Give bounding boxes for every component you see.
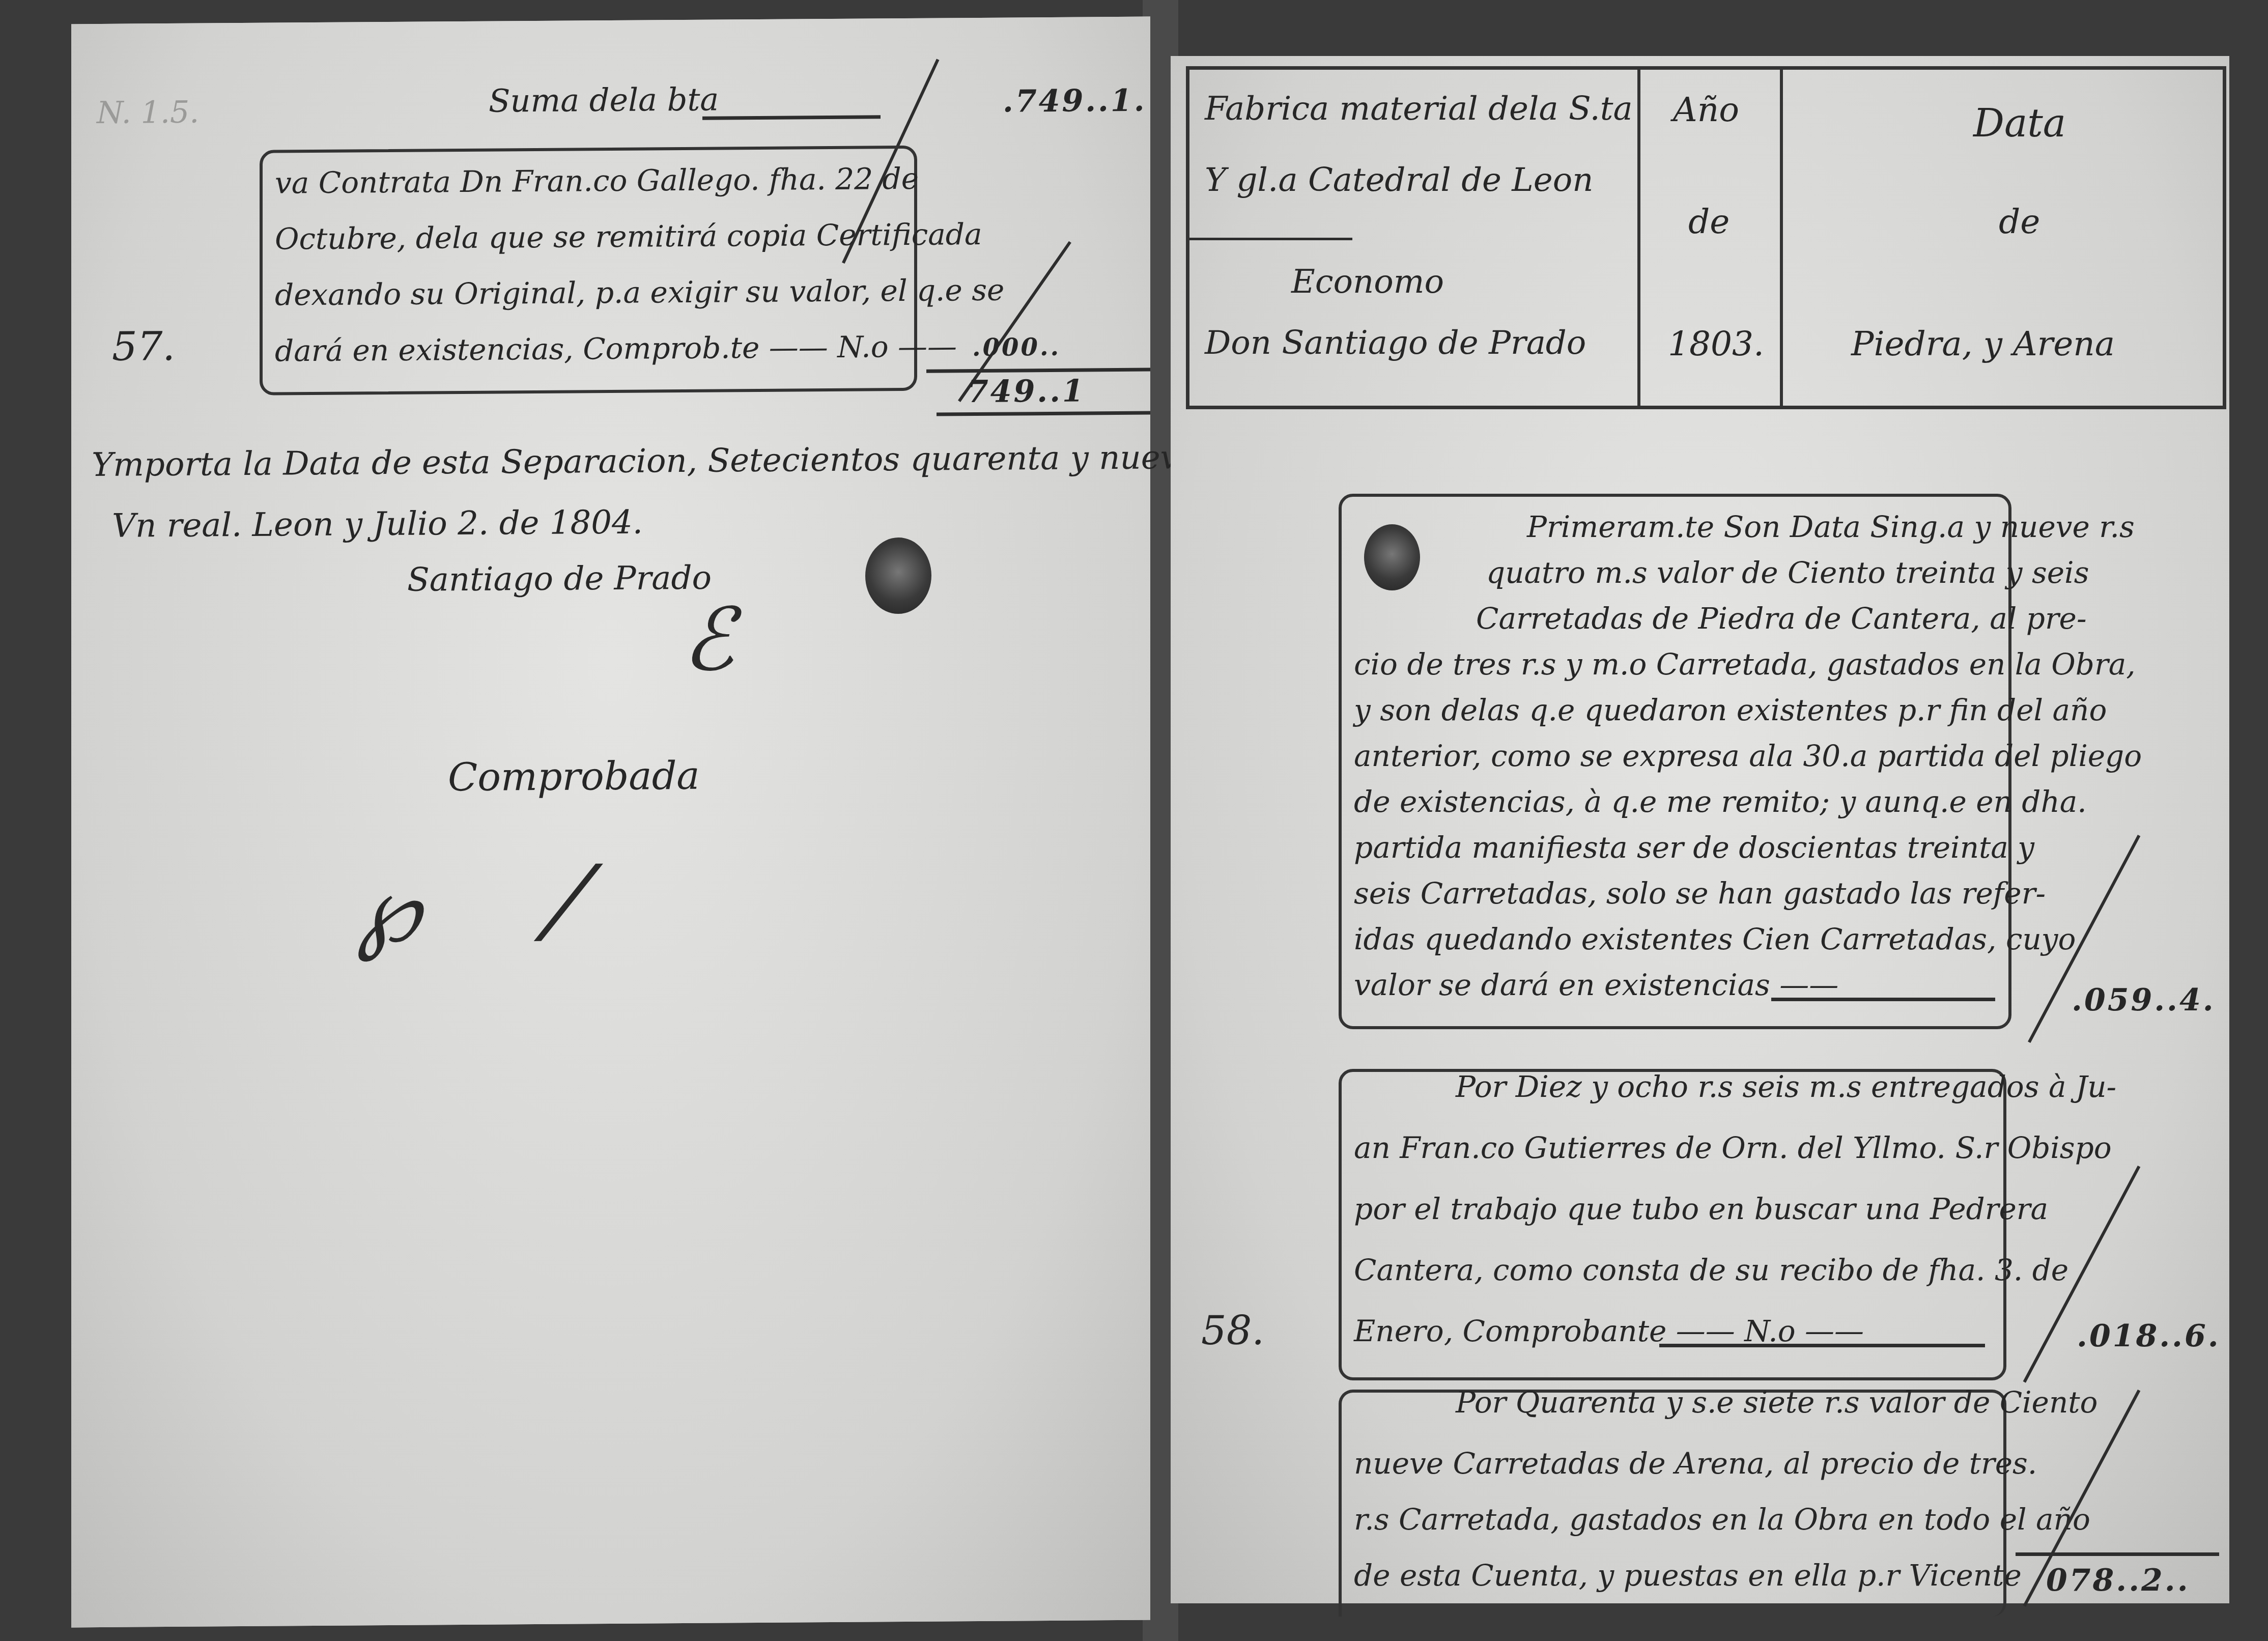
attestation: Comprobada (448, 753, 700, 800)
signature-name: Santiago de Prado (407, 559, 712, 599)
subtotal-amount: 749..1 (967, 373, 1086, 410)
page-total: 078..2.. (2046, 1563, 2190, 1598)
left-page: N. 1.5. Suma dela bta .749..1. 57. va Co… (71, 17, 1150, 1628)
faint-corner-mark: N. 1.5. (97, 95, 199, 131)
header-rule (1189, 238, 1352, 240)
closing-line: Vn real. Leon y Julio 2. de 1804. (112, 504, 643, 545)
closing-line: Ymporta la Data de esta Separacion, Sete… (92, 438, 1248, 484)
entry-line: Octubre, dela que se remitirá copia Cert… (275, 211, 982, 262)
entry-line: de esta Cuenta, y puestas en ella p.r Vi… (1354, 1552, 2022, 1598)
header-institution: Y gl.a Catedral de Leon (1205, 161, 1593, 199)
entry-line: de existencias, à q.e me remito; y aunq.… (1354, 779, 2087, 825)
entry-line: r.s Carretada, gastados en la Obra en to… (1354, 1496, 2090, 1542)
entry-line: anterior, como se expresa ala 30.a parti… (1354, 733, 2142, 779)
subtotal-rule-top (926, 368, 1150, 373)
entry-line: nueve Carretadas de Arena, al precio de … (1354, 1440, 2037, 1486)
header-institution: Fabrica material dela S.ta (1205, 90, 1633, 128)
entry-line: Por Diez y ocho r.s seis m.s entregados … (1456, 1064, 2116, 1110)
header-year-label: Año (1673, 90, 1739, 129)
header-year-de: de (1688, 202, 1730, 241)
entry-line: y son delas q.e quedaron existentes p.r … (1354, 687, 2107, 733)
entry-amount: .000.. (972, 333, 1061, 362)
entry-line: dexando su Original, p.a exigir su valor… (275, 267, 1004, 318)
entry-rule (1659, 1344, 1985, 1347)
header-divider (1637, 70, 1640, 406)
entry-line: Cantera, como consta de su recibo de fha… (1354, 1247, 2068, 1293)
entry-line: Primeram.te Son Data Sing.a y nueve r.s (1527, 504, 2135, 550)
header-data-subject: Piedra, y Arena (1851, 324, 2115, 363)
header-divider (1780, 70, 1783, 406)
header-role: Economo (1291, 263, 1444, 301)
carry-rule (702, 115, 881, 120)
header-officer: Don Santiago de Prado (1205, 324, 1586, 362)
entry-rule (1771, 998, 1995, 1001)
initials-rubric-icon: ℘ (356, 857, 420, 964)
entry-line: idas quedando existentes Cien Carretadas… (1354, 916, 2076, 962)
entry-line: dará en existencias, Comprob.te —— N.o —… (275, 323, 957, 374)
entry-line: va Contrata Dn Fran.co Gallego. fha. 22 … (275, 156, 919, 206)
entry-line: Carretadas de Piedra de Cantera, al pre- (1476, 596, 2087, 641)
total-rule (2016, 1552, 2219, 1556)
flourish-icon: ⁄ (560, 845, 577, 964)
entry-line: valor se dará en existencias —— (1354, 962, 1838, 1008)
header-data-de: de (1999, 202, 2040, 241)
header-table: Fabrica material dela S.ta Y gl.a Catedr… (1186, 66, 2226, 409)
carry-amount: .749..1. (1003, 83, 1147, 120)
carry-label: Suma dela bta (489, 81, 719, 120)
signature-rubric-icon: ℰ (682, 589, 734, 691)
entry-line: cio de tres r.s y m.o Carretada, gastado… (1354, 641, 2136, 687)
header-data-label: Data (1973, 100, 2066, 146)
entry-line: quatro m.s valor de Ciento treinta y sei… (1486, 550, 2089, 596)
entry-line: an Fran.co Gutierres de Orn. del Yllmo. … (1354, 1125, 2112, 1171)
entry-number: 58. (1201, 1308, 1264, 1354)
entry-line: seis Carretadas, solo se han gastado las… (1354, 870, 2046, 916)
right-page: Fabrica material dela S.ta Y gl.a Catedr… (1171, 56, 2229, 1603)
entry-amount: .059..4. (2072, 982, 2216, 1018)
entry-number: 57. (112, 324, 175, 370)
entry-line: partida manifiesta ser de doscientas tre… (1354, 825, 2034, 870)
entry-line: Por Quarenta y s.e siete r.s valor de Ci… (1456, 1379, 2098, 1425)
subtotal-rule-bottom (937, 411, 1150, 416)
entry-line: por el trabajo que tubo en buscar una Pe… (1354, 1186, 2048, 1232)
entry-amount: .018..6. (2077, 1318, 2221, 1354)
ink-stain-icon (865, 537, 931, 614)
header-year-value: 1803. (1668, 324, 1764, 363)
